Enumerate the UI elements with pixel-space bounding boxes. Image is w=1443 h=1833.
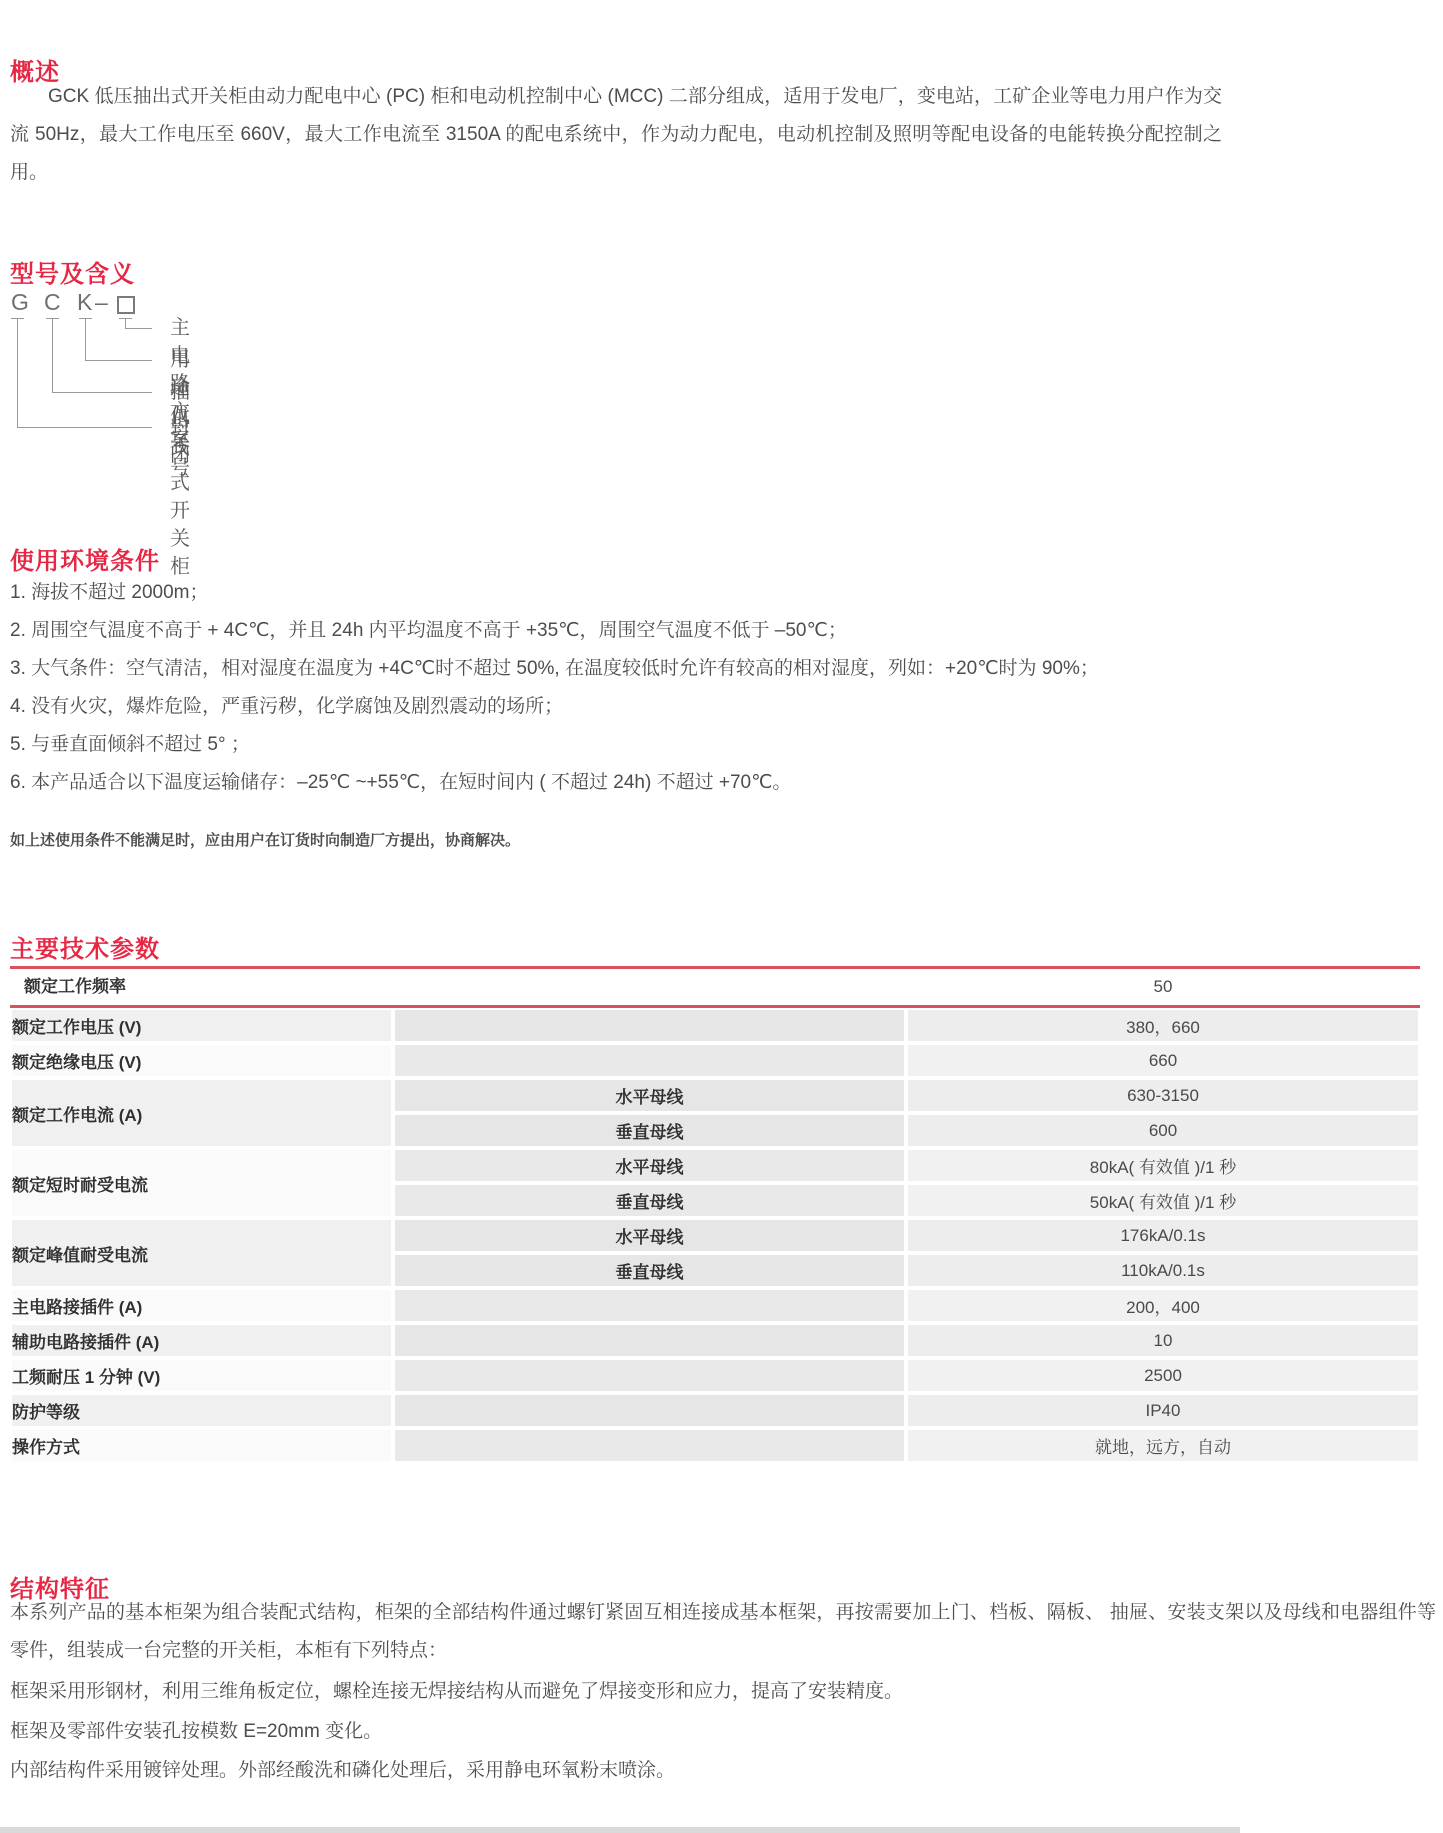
- cell-mid: [393, 1428, 906, 1463]
- section-heading-environment: 使用环境条件: [10, 541, 160, 576]
- cell-label: 辅助电路接插件 (A): [10, 1323, 393, 1358]
- leader-line: [85, 318, 86, 360]
- cell-mid: 水平母线: [393, 1218, 906, 1253]
- model-code-letter-k: K: [77, 289, 92, 316]
- cell-value: 660: [906, 1043, 1420, 1078]
- leader-line: [125, 318, 126, 328]
- table-row: 操作方式 就地，远方，自动: [10, 1428, 1420, 1463]
- cell-value: 176kA/0.1s: [906, 1218, 1420, 1253]
- structure-paragraph-3: 框架及零部件安装孔按模数 E=20mm 变化。: [10, 1713, 1436, 1751]
- structure-paragraph-2: 框架采用形钢材，利用三维角板定位，螺栓连接无焊接结构从而避免了焊接变形和应力，提…: [10, 1673, 1436, 1711]
- model-code-letter-c: C: [44, 289, 61, 316]
- cell-value: 200，400: [906, 1288, 1420, 1323]
- model-code-dash: –: [95, 289, 108, 316]
- table-row: 额定工作电压 (V) 380，660: [10, 1008, 1420, 1043]
- cell-mid: [393, 1393, 906, 1428]
- table-row: 额定短时耐受电流 水平母线 80kA( 有效值 )/1 秒: [10, 1148, 1420, 1183]
- table-row-frequency: 额定工作频率 50: [10, 966, 1420, 1008]
- env-item-3: 3. 大气条件：空气清洁，相对湿度在温度为 +4C℃时不超过 50%, 在温度较…: [10, 650, 1430, 688]
- model-code-placeholder-box: [117, 296, 135, 314]
- environment-list: 1. 海拔不超过 2000m； 2. 周围空气温度不高于 + 4C℃，并且 24…: [10, 574, 1430, 802]
- cell-value: 10: [906, 1323, 1420, 1358]
- cell-value: 110kA/0.1s: [906, 1253, 1420, 1288]
- cell-mid: [393, 1008, 906, 1043]
- cell-value: 630-3150: [906, 1078, 1420, 1113]
- section-heading-model: 型号及含义: [10, 254, 135, 289]
- cell-label: 额定短时耐受电流: [10, 1148, 393, 1218]
- env-item-5: 5. 与垂直面倾斜不超过 5° ；: [10, 726, 1430, 764]
- leader-line: [17, 427, 152, 428]
- leader-line: [17, 318, 18, 427]
- cell-value: IP40: [906, 1393, 1420, 1428]
- cell-label: 额定绝缘电压 (V): [10, 1043, 393, 1078]
- cell-mid: 垂直母线: [393, 1253, 906, 1288]
- cell-value: 80kA( 有效值 )/1 秒: [906, 1148, 1420, 1183]
- cell-mid: [393, 1043, 906, 1078]
- table-row: 额定工作电流 (A) 水平母线 630-3150: [10, 1078, 1420, 1113]
- env-note: 如上述使用条件不能满足时，应由用户在订货时向制造厂方提出，协商解决。: [10, 829, 520, 850]
- model-code-letter-g: G: [11, 289, 29, 316]
- env-item-6: 6. 本产品适合以下温度运输储存：–25℃ ~+55℃，在短时间内 ( 不超过 …: [10, 764, 1430, 802]
- cell-label: 主电路接插件 (A): [10, 1288, 393, 1323]
- leader-line: [52, 392, 152, 393]
- section-heading-parameters: 主要技术参数: [10, 929, 160, 964]
- cell-mid: 垂直母线: [393, 1183, 906, 1218]
- cell-frequency-value: 50: [906, 969, 1420, 1005]
- cell-label: 额定工作电流 (A): [10, 1078, 393, 1148]
- cell-value: 600: [906, 1113, 1420, 1148]
- cell-frequency-label: 额定工作频率: [24, 969, 126, 1005]
- cell-value: 就地，远方，自动: [906, 1428, 1420, 1463]
- env-item-2: 2. 周围空气温度不高于 + 4C℃，并且 24h 内平均温度不高于 +35℃，…: [10, 612, 1430, 650]
- table-row: 主电路接插件 (A) 200，400: [10, 1288, 1420, 1323]
- cell-label: 额定工作电压 (V): [10, 1008, 393, 1043]
- table-row: 防护等级 IP40: [10, 1393, 1420, 1428]
- overview-paragraph: GCK 低压抽出式开关柜由动力配电中心 (PC) 柜和电动机控制中心 (MCC)…: [10, 78, 1222, 192]
- leader-line: [85, 360, 152, 361]
- table-row: 辅助电路接插件 (A) 10: [10, 1323, 1420, 1358]
- table-row: 工频耐压 1 分钟 (V) 2500: [10, 1358, 1420, 1393]
- cell-mid: [393, 1358, 906, 1393]
- table-row: 额定峰值耐受电流 水平母线 176kA/0.1s: [10, 1218, 1420, 1253]
- cell-mid: [393, 1323, 906, 1358]
- cell-mid: 水平母线: [393, 1078, 906, 1113]
- env-item-1: 1. 海拔不超过 2000m；: [10, 574, 1430, 612]
- leader-line: [125, 328, 152, 329]
- cell-label: 操作方式: [10, 1428, 393, 1463]
- page-bottom-edge: [0, 1827, 1240, 1833]
- structure-paragraph-4: 内部结构件采用镀锌处理。外部经酸洗和磷化处理后，采用静电环氧粉末喷涂。: [10, 1752, 1436, 1790]
- cell-label: 防护等级: [10, 1393, 393, 1428]
- leader-line: [52, 318, 53, 392]
- cell-value: 380，660: [906, 1008, 1420, 1043]
- cell-mid: 垂直母线: [393, 1113, 906, 1148]
- parameters-table: 额定工作电压 (V) 380，660 额定绝缘电压 (V) 660 额定工作电流…: [10, 1008, 1420, 1463]
- cell-value: 2500: [906, 1358, 1420, 1393]
- structure-paragraph-1: 本系列产品的基本柜架为组合装配式结构，柜架的全部结构件通过螺钉紧固互相连接成基本…: [10, 1594, 1436, 1670]
- cell-value: 50kA( 有效值 )/1 秒: [906, 1183, 1420, 1218]
- cell-label: 额定峰值耐受电流: [10, 1218, 393, 1288]
- cell-mid: 水平母线: [393, 1148, 906, 1183]
- cell-mid: [393, 1288, 906, 1323]
- cell-label: 工频耐压 1 分钟 (V): [10, 1358, 393, 1393]
- env-item-4: 4. 没有火灾，爆炸危险，严重污秽，化学腐蚀及剧烈震动的场所；: [10, 688, 1430, 726]
- table-row: 额定绝缘电压 (V) 660: [10, 1043, 1420, 1078]
- model-label-scheme: 主电路方案号: [170, 314, 190, 342]
